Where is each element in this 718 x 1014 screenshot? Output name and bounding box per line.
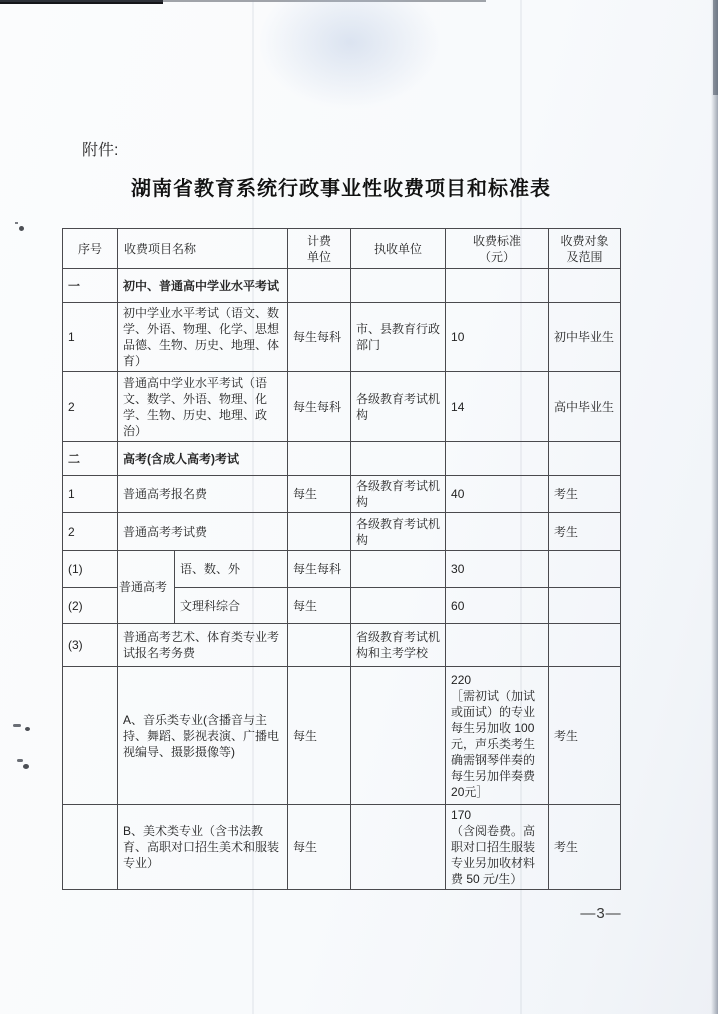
cell-item-name: 高考(含成人高考)考试 [118,442,288,476]
table-row: A、音乐类专业(含播音与主持、舞蹈、影视表演、广播电视编导、摄影摄像等) 每生 … [63,667,621,805]
scanned-document-page: 附件: 湖南省教育系统行政事业性收费项目和标准表 序号 收费项目名称 计费 单位… [0,0,718,1014]
scan-smudge [258,0,443,110]
cell-collector: 市、县教育行政部门 [351,303,446,372]
header-target: 收费对象 及范围 [549,229,621,269]
cell-unit: 每生 [288,667,351,805]
header-fee: 收费标准 （元） [446,229,549,269]
cell-seq: 2 [63,513,118,551]
cell-target: 高中毕业生 [549,372,621,442]
cell-item-name: 初中、普通高中学业水平考试 [118,269,288,303]
cell-target: 考生 [549,476,621,513]
cell-seq: (2) [63,588,118,624]
cell-fee: 30 [446,551,549,588]
cell-fee: 40 [446,476,549,513]
cell-collector: 各级教育考试机构 [351,372,446,442]
cell-item-name: 普通高考艺术、体育类专业考试报名考务费 [118,624,288,667]
cell-unit [288,442,351,476]
cell-unit: 每生每科 [288,372,351,442]
cell-collector: 各级教育考试机构 [351,513,446,551]
section-row: 二 高考(含成人高考)考试 [63,442,621,476]
cell-unit: 每生每科 [288,303,351,372]
scan-edge-right [711,0,718,1014]
ink-speck [13,724,21,727]
cell-fee [446,624,549,667]
cell-item-name: 普通高考考试费 [118,513,288,551]
cell-target: 考生 [549,513,621,551]
header-unit: 计费 单位 [288,229,351,269]
cell-item-name: A、音乐类专业(含播音与主持、舞蹈、影视表演、广播电视编导、摄影摄像等) [118,667,288,805]
cell-fee: 10 [446,303,549,372]
cell-target: 初中毕业生 [549,303,621,372]
page-number: —3— [556,905,646,922]
cell-unit [288,269,351,303]
cell-seq: 1 [63,303,118,372]
table-header-row: 序号 收费项目名称 计费 单位 执收单位 收费标准 （元） 收费对象 及范围 [63,229,621,269]
cell-seq [63,805,118,890]
table-row: B、美术类专业（含书法教育、高职对口招生美术和服装专业） 每生 170 （含阅卷… [63,805,621,890]
table-row: 1 初中学业水平考试（语文、数学、外语、物理、化学、思想品德、生物、历史、地理、… [63,303,621,372]
fee-table: 序号 收费项目名称 计费 单位 执收单位 收费标准 （元） 收费对象 及范围 一… [62,228,621,890]
cell-collector [351,805,446,890]
cell-fee [446,513,549,551]
table-row: (3) 普通高考艺术、体育类专业考试报名考务费 省级教育考试机构和主考学校 [63,624,621,667]
ink-speck [23,764,29,769]
cell-unit [288,624,351,667]
header-item-name: 收费项目名称 [118,229,288,269]
cell-collector [351,442,446,476]
ink-speck [25,727,30,731]
table-row: 1 普通高考报名费 每生 各级教育考试机构 40 考生 [63,476,621,513]
cell-seq: 2 [63,372,118,442]
cell-collector: 各级教育考试机构 [351,476,446,513]
cell-seq: 二 [63,442,118,476]
cell-fee: 60 [446,588,549,624]
cell-fee: 170 （含阅卷费。高 职对口招生服装 专业另加收材料 费 50 元/生） [446,805,549,890]
header-no: 序号 [63,229,118,269]
cell-item-name: 语、数、外 [175,551,288,588]
ink-speck [17,759,23,762]
ink-speck [19,226,24,231]
cell-seq: 一 [63,269,118,303]
cell-unit [288,513,351,551]
cell-collector: 省级教育考试机构和主考学校 [351,624,446,667]
table-row: 2 普通高考考试费 各级教育考试机构 考生 [63,513,621,551]
cell-seq: (1) [63,551,118,588]
cell-collector [351,667,446,805]
section-row: 一 初中、普通高中学业水平考试 [63,269,621,303]
cell-item-name: 初中学业水平考试（语文、数学、外语、物理、化学、思想品德、生物、历史、地理、体育… [118,303,288,372]
cell-item-name: B、美术类专业（含书法教育、高职对口招生美术和服装专业） [118,805,288,890]
cell-fee: 14 [446,372,549,442]
cell-collector [351,269,446,303]
cell-target [549,442,621,476]
table-row: (1) 普通高考 语、数、外 每生每科 30 [63,551,621,588]
ink-speck [15,222,18,224]
cell-target: 考生 [549,667,621,805]
cell-item-name: 文理科综合 [175,588,288,624]
cell-unit: 每生 [288,805,351,890]
cell-seq [63,667,118,805]
cell-target [549,269,621,303]
attachment-label: 附件: [82,137,118,160]
cell-fee [446,269,549,303]
cell-item-name: 普通高中学业水平考试（语文、数学、外语、物理、化学、生物、历史、地理、政治） [118,372,288,442]
cell-unit: 每生 [288,588,351,624]
header-collector: 执收单位 [351,229,446,269]
cell-unit: 每生每科 [288,551,351,588]
cell-fee [446,442,549,476]
cell-target [549,624,621,667]
cell-target: 考生 [549,805,621,890]
scan-edge-right-corner [713,0,718,95]
cell-unit: 每生 [288,476,351,513]
cell-item-name: 普通高考报名费 [118,476,288,513]
table-row: 2 普通高中学业水平考试（语文、数学、外语、物理、化学、生物、历史、地理、政治）… [63,372,621,442]
cell-target [549,588,621,624]
cell-collector [351,588,446,624]
cell-target [549,551,621,588]
cell-fee: 220 ［需初试（加试 或面试）的专业 每生另加收 100 元，声乐类考生 确需… [446,667,549,805]
cell-collector [351,551,446,588]
cell-item-group: 普通高考 [118,551,175,624]
cell-seq: (3) [63,624,118,667]
cell-seq: 1 [63,476,118,513]
page-title: 湖南省教育系统行政事业性收费项目和标准表 [62,172,620,201]
